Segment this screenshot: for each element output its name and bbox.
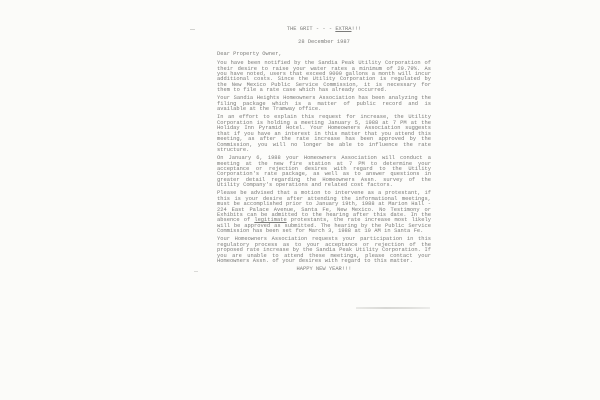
letter-paragraph: Your Sandia Heights Homeowners Associati…: [217, 96, 431, 112]
letter-date: 28 December 1987: [217, 40, 431, 45]
letter-text-block: THE GRIT - - - EXTRA!!! 28 December 1987…: [217, 27, 431, 273]
crease-mark: [356, 307, 430, 309]
text-segment: Your Homeowners Association requests you…: [217, 236, 431, 264]
letter-paragraph: On January 6, 1988 your Homeowners Assoc…: [217, 156, 431, 188]
letter-paragraph: Your Homeowners Association requests you…: [217, 237, 431, 264]
letter-paragraph: Please be advised that a motion to inter…: [217, 191, 431, 234]
text-segment: On January 6, 1988 your Homeowners Assoc…: [217, 155, 431, 188]
scanned-letter-page: THE GRIT - - - EXTRA!!! 28 December 1987…: [0, 0, 600, 400]
letter-paragraph: You have been notified by the Sandia Pea…: [217, 61, 431, 93]
letter-title: THE GRIT - - - EXTRA!!!: [217, 27, 431, 32]
letter-salutation: Dear Property Owner,: [217, 52, 431, 57]
text-segment: Your Sandia Heights Homeowners Associati…: [217, 95, 431, 112]
letter-closing: HAPPY NEW YEAR!!!: [217, 267, 431, 272]
letter-body: You have been notified by the Sandia Pea…: [217, 61, 431, 264]
letter-paragraph: In an effort to explain this request for…: [217, 115, 431, 153]
underlined-text: EXTRA: [335, 26, 351, 32]
scan-artifact: [194, 271, 198, 272]
text-segment: !!!: [352, 26, 362, 32]
text-segment: You have been notified by the Sandia Pea…: [217, 60, 431, 93]
text-segment: In an effort to explain this request for…: [217, 114, 431, 152]
scan-artifact: [190, 29, 195, 30]
text-segment: THE GRIT - - -: [287, 26, 336, 32]
